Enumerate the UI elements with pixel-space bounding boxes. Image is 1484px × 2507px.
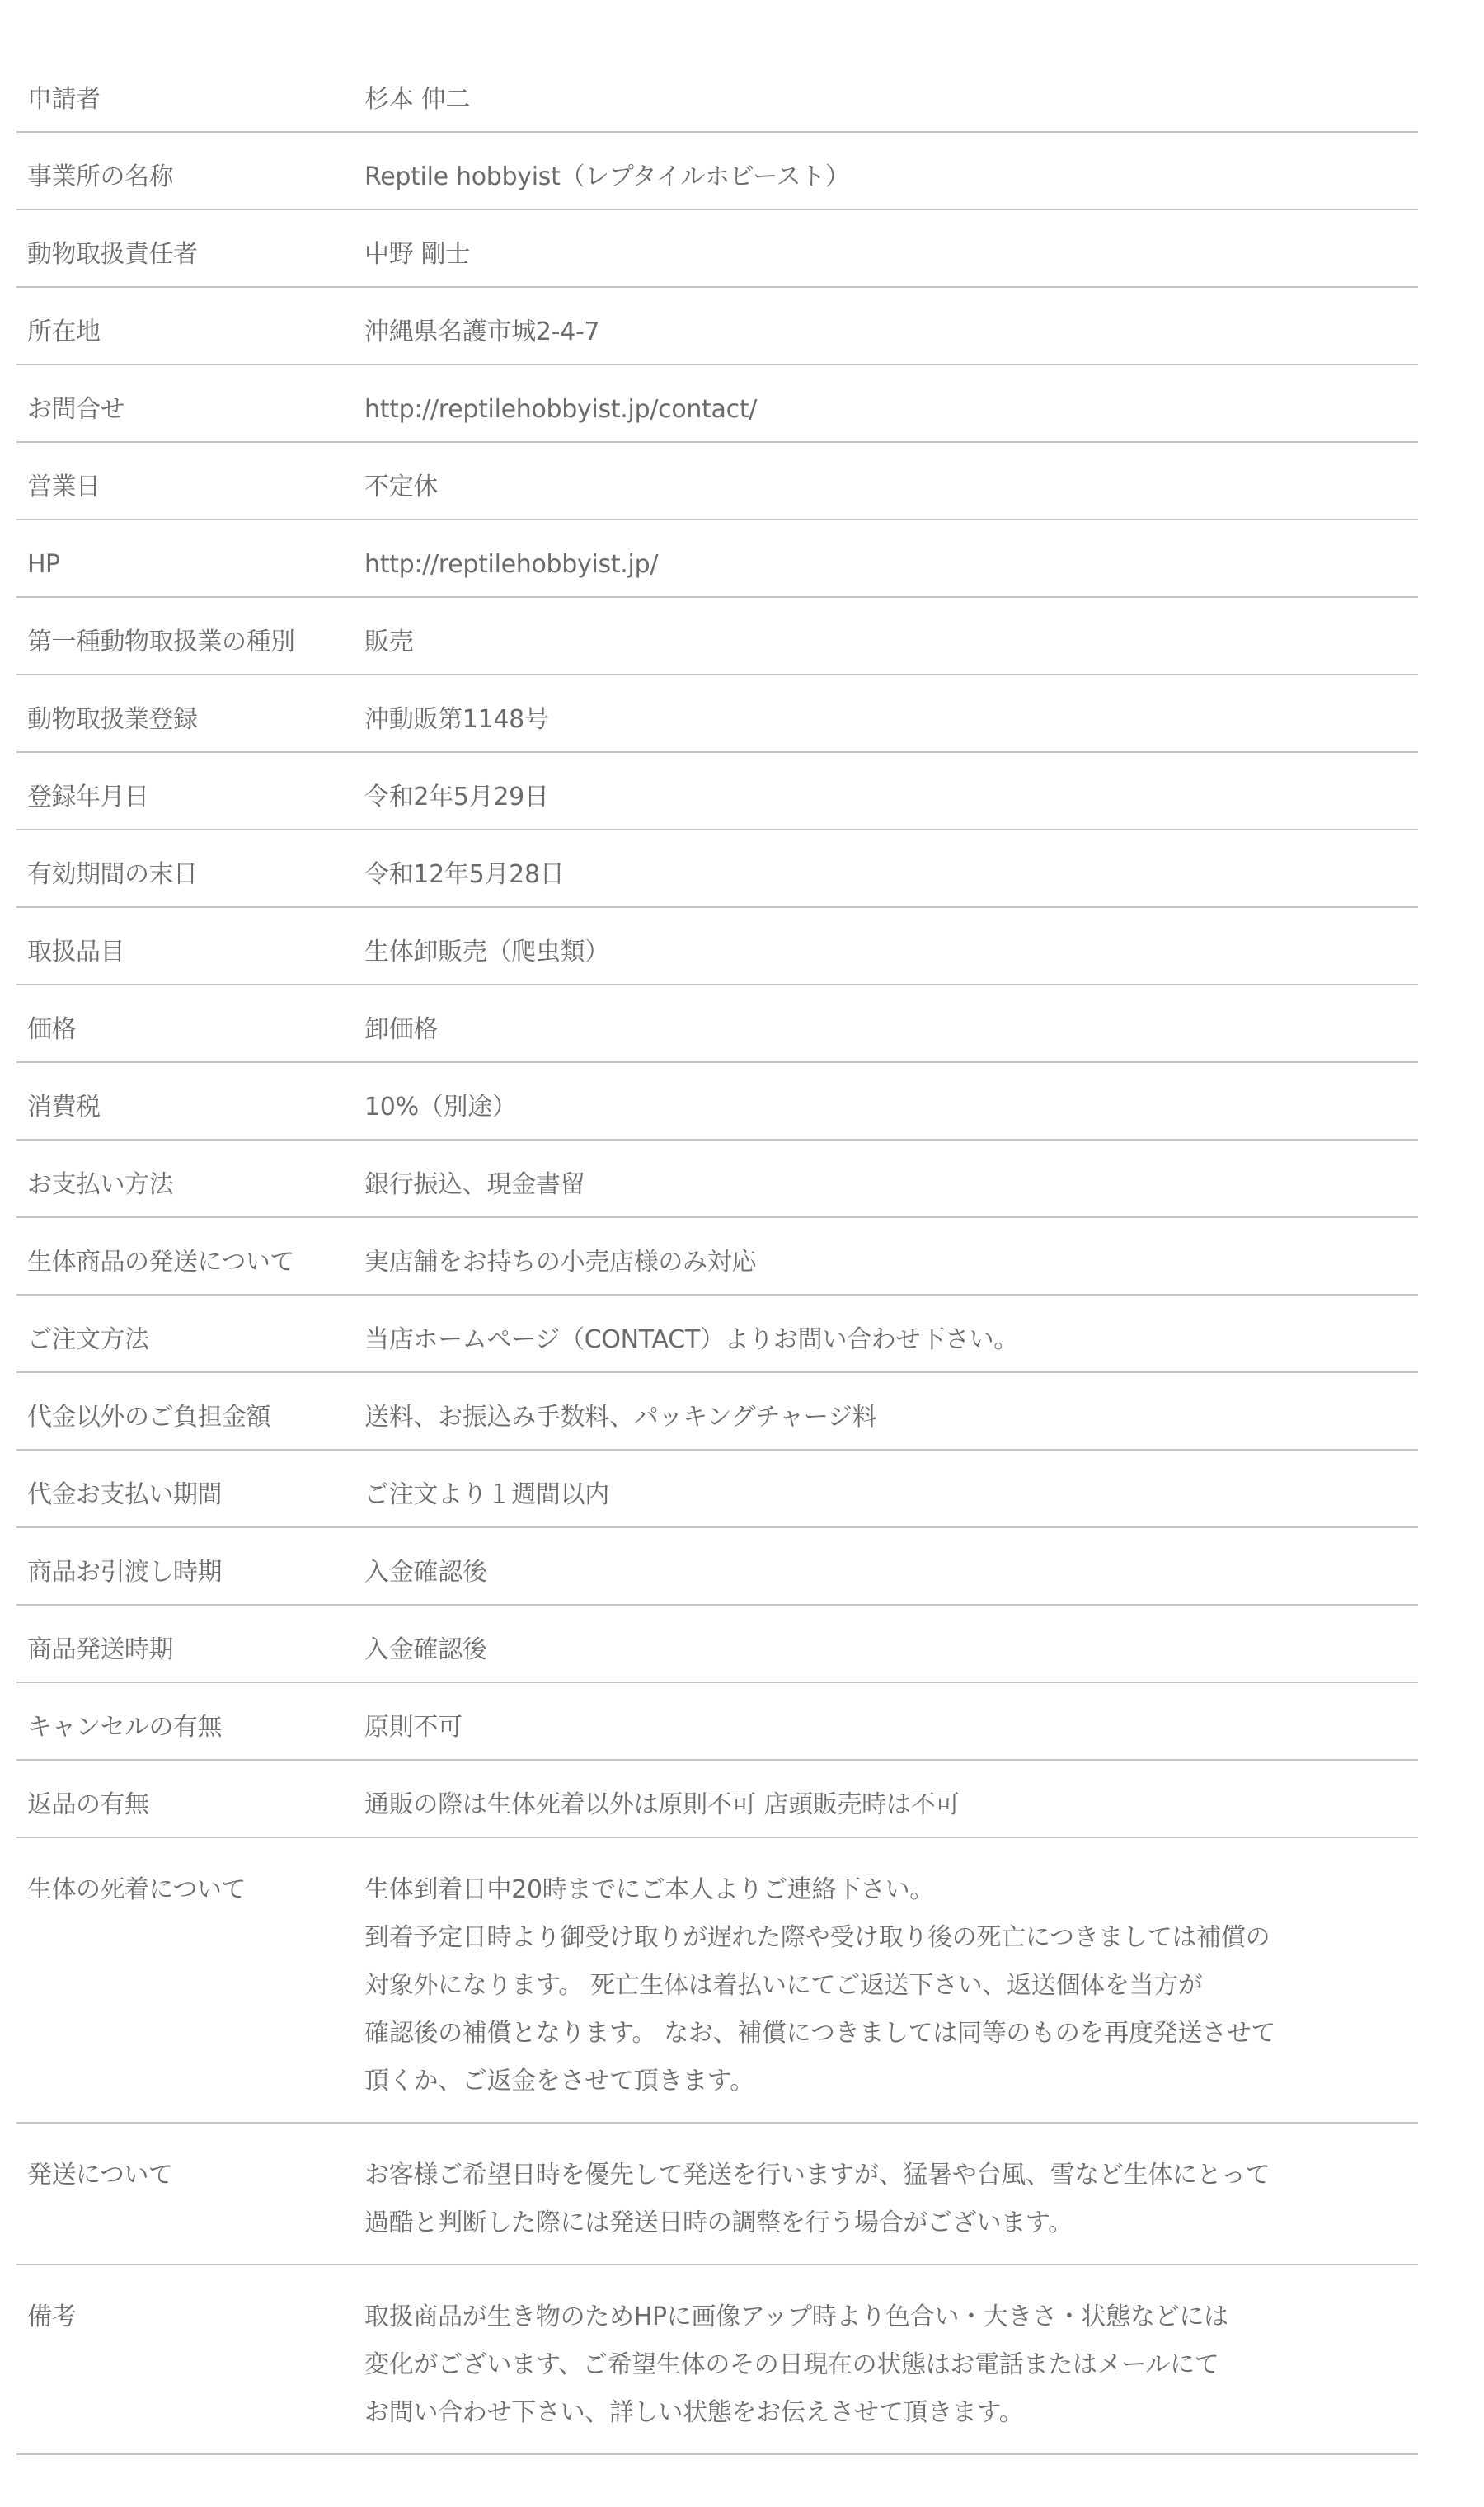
row-label: 代金以外のご負担金額 <box>16 1403 364 1449</box>
row-label: 有効期間の末日 <box>16 860 364 906</box>
value-line: 生体到着日中20時までにご本人よりご連絡下さい。 <box>364 1866 1418 1914</box>
row-address: 所在地 沖縄県名護市城2-4-7 <box>16 288 1418 365</box>
row-label: 事業所の名称 <box>16 162 364 209</box>
row-applicant: 申請者 杉本 伸二 <box>16 55 1418 133</box>
row-value: 実店舗をお持ちの小売店様のみ対応 <box>364 1248 1418 1294</box>
value-line: 変化がございます、ご希望生体のその日現在の状態はお電話またはメールにて <box>364 2341 1418 2389</box>
row-value: 卸価格 <box>364 1015 1418 1061</box>
value-line: 対象外になります。 死亡生体は着払いにてご返送下さい、返送個体を当方が <box>364 1962 1418 2010</box>
homepage-link[interactable]: http://reptilehobbyist.jp/ <box>364 550 658 579</box>
row-registration-date: 登録年月日 令和2年5月29日 <box>16 753 1418 830</box>
row-value: 販売 <box>364 628 1418 674</box>
row-label: 消費税 <box>16 1093 364 1139</box>
row-label: 商品発送時期 <box>16 1635 364 1682</box>
row-value: ご注文より１週間以内 <box>364 1480 1418 1526</box>
row-value: 令和12年5月28日 <box>364 860 1418 906</box>
row-registration-number: 動物取扱業登録 沖動販第1148号 <box>16 675 1418 753</box>
row-value: 沖縄県名護市城2-4-7 <box>364 317 1418 364</box>
row-shipping-timing: 商品発送時期 入金確認後 <box>16 1606 1418 1683</box>
value-line: お客様ご希望日時を優先して発送を行いますが、猛暑や台風、雪など生体にとって <box>364 2152 1418 2199</box>
row-business-type: 第一種動物取扱業の種別 販売 <box>16 598 1418 675</box>
row-label: 動物取扱業登録 <box>16 705 364 751</box>
row-additional-charges: 代金以外のご負担金額 送料、お振込み手数料、パッキングチャージ料 <box>16 1373 1418 1451</box>
row-value: Reptile hobbyist（レプタイルホビースト） <box>364 162 1418 209</box>
row-value: 令和2年5月29日 <box>364 783 1418 829</box>
row-value: 生体到着日中20時までにご本人よりご連絡下さい。 到着予定日時より御受け取りが遅… <box>364 1866 1418 2105</box>
row-homepage: HP http://reptilehobbyist.jp/ <box>16 520 1418 598</box>
row-value: 中野 剛士 <box>364 240 1418 286</box>
row-value: 取扱商品が生き物のためHPに画像アップ時より色合い・大きさ・状態などには 変化が… <box>364 2293 1418 2437</box>
row-label: お問合せ <box>16 395 364 441</box>
row-label: キャンセルの有無 <box>16 1713 364 1759</box>
value-line: 到着予定日時より御受け取りが遅れた際や受け取り後の死亡につきましては補償の <box>364 1914 1418 1962</box>
row-label: 取扱品目 <box>16 938 364 984</box>
row-label: 第一種動物取扱業の種別 <box>16 628 364 674</box>
row-returns: 返品の有無 通販の際は生体死着以外は原則不可 店頭販売時は不可 <box>16 1761 1418 1838</box>
row-cancellation: キャンセルの有無 原則不可 <box>16 1683 1418 1761</box>
row-price: 価格 卸価格 <box>16 985 1418 1063</box>
row-value: 銀行振込、現金書留 <box>364 1170 1418 1216</box>
row-value: 不定休 <box>364 473 1418 519</box>
row-value: 入金確認後 <box>364 1558 1418 1604</box>
row-value: 沖動販第1148号 <box>364 705 1418 751</box>
row-label: 代金お支払い期間 <box>16 1480 364 1526</box>
row-business-days: 営業日 不定休 <box>16 443 1418 520</box>
row-delivery-timing: 商品お引渡し時期 入金確認後 <box>16 1528 1418 1606</box>
row-remarks: 備考 取扱商品が生き物のためHPに画像アップ時より色合い・大きさ・状態などには … <box>16 2265 1418 2455</box>
row-label: 備考 <box>16 2293 364 2437</box>
row-label: お支払い方法 <box>16 1170 364 1216</box>
row-payment-method: お支払い方法 銀行振込、現金書留 <box>16 1141 1418 1218</box>
value-line: 頂くか、ご返金をさせて頂きます。 <box>364 2058 1418 2105</box>
row-label: ご注文方法 <box>16 1325 364 1371</box>
row-label: 価格 <box>16 1015 364 1061</box>
value-line: 確認後の補償となります。 なお、補償につきましては同等のものを再度発送させて <box>364 2010 1418 2058</box>
row-value: 杉本 伸二 <box>364 85 1418 131</box>
row-label: 動物取扱責任者 <box>16 240 364 286</box>
contact-link[interactable]: http://reptilehobbyist.jp/contact/ <box>364 395 757 424</box>
business-info-table: 申請者 杉本 伸二 事業所の名称 Reptile hobbyist（レプタイルホ… <box>16 55 1418 2455</box>
row-label: HP <box>16 550 364 596</box>
row-value: 10%（別途） <box>364 1093 1418 1139</box>
row-live-shipping: 生体商品の発送について 実店舗をお持ちの小売店様のみ対応 <box>16 1218 1418 1296</box>
row-label: 商品お引渡し時期 <box>16 1558 364 1604</box>
row-label: 申請者 <box>16 85 364 131</box>
row-shipping: 発送について お客様ご希望日時を優先して発送を行いますが、猛暑や台風、雪など生体… <box>16 2124 1418 2265</box>
row-value: 通販の際は生体死着以外は原則不可 店頭販売時は不可 <box>364 1790 1418 1837</box>
row-value: お客様ご希望日時を優先して発送を行いますが、猛暑や台風、雪など生体にとって 過酷… <box>364 2152 1418 2247</box>
row-label: 生体の死着について <box>16 1866 364 2105</box>
value-line: お問い合わせ下さい、詳しい状態をお伝えさせて頂きます。 <box>364 2389 1418 2437</box>
row-value: 原則不可 <box>364 1713 1418 1759</box>
row-business-name: 事業所の名称 Reptile hobbyist（レプタイルホビースト） <box>16 133 1418 210</box>
row-label: 発送について <box>16 2152 364 2247</box>
row-label: 営業日 <box>16 473 364 519</box>
value-line: 過酷と判断した際には発送日時の調整を行う場合がございます。 <box>364 2199 1418 2247</box>
row-value: 生体卸販売（爬虫類） <box>364 938 1418 984</box>
row-value: http://reptilehobbyist.jp/contact/ <box>364 395 1418 441</box>
row-label: 所在地 <box>16 317 364 364</box>
row-value: 当店ホームページ（CONTACT）よりお問い合わせ下さい。 <box>364 1325 1418 1371</box>
row-payment-period: 代金お支払い期間 ご注文より１週間以内 <box>16 1451 1418 1528</box>
row-label: 生体商品の発送について <box>16 1248 364 1294</box>
value-line: 取扱商品が生き物のためHPに画像アップ時より色合い・大きさ・状態などには <box>364 2293 1418 2341</box>
row-contact: お問合せ http://reptilehobbyist.jp/contact/ <box>16 365 1418 443</box>
row-consumption-tax: 消費税 10%（別途） <box>16 1063 1418 1141</box>
row-value: 入金確認後 <box>364 1635 1418 1682</box>
row-animal-handling-manager: 動物取扱責任者 中野 剛士 <box>16 210 1418 288</box>
row-order-method: ご注文方法 当店ホームページ（CONTACT）よりお問い合わせ下さい。 <box>16 1296 1418 1373</box>
row-items-handled: 取扱品目 生体卸販売（爬虫類） <box>16 908 1418 985</box>
row-value: http://reptilehobbyist.jp/ <box>364 550 1418 596</box>
row-label: 返品の有無 <box>16 1790 364 1837</box>
row-value: 送料、お振込み手数料、パッキングチャージ料 <box>364 1403 1418 1449</box>
row-dead-on-arrival: 生体の死着について 生体到着日中20時までにご本人よりご連絡下さい。 到着予定日… <box>16 1838 1418 2124</box>
row-expiry-date: 有効期間の末日 令和12年5月28日 <box>16 830 1418 908</box>
row-label: 登録年月日 <box>16 783 364 829</box>
